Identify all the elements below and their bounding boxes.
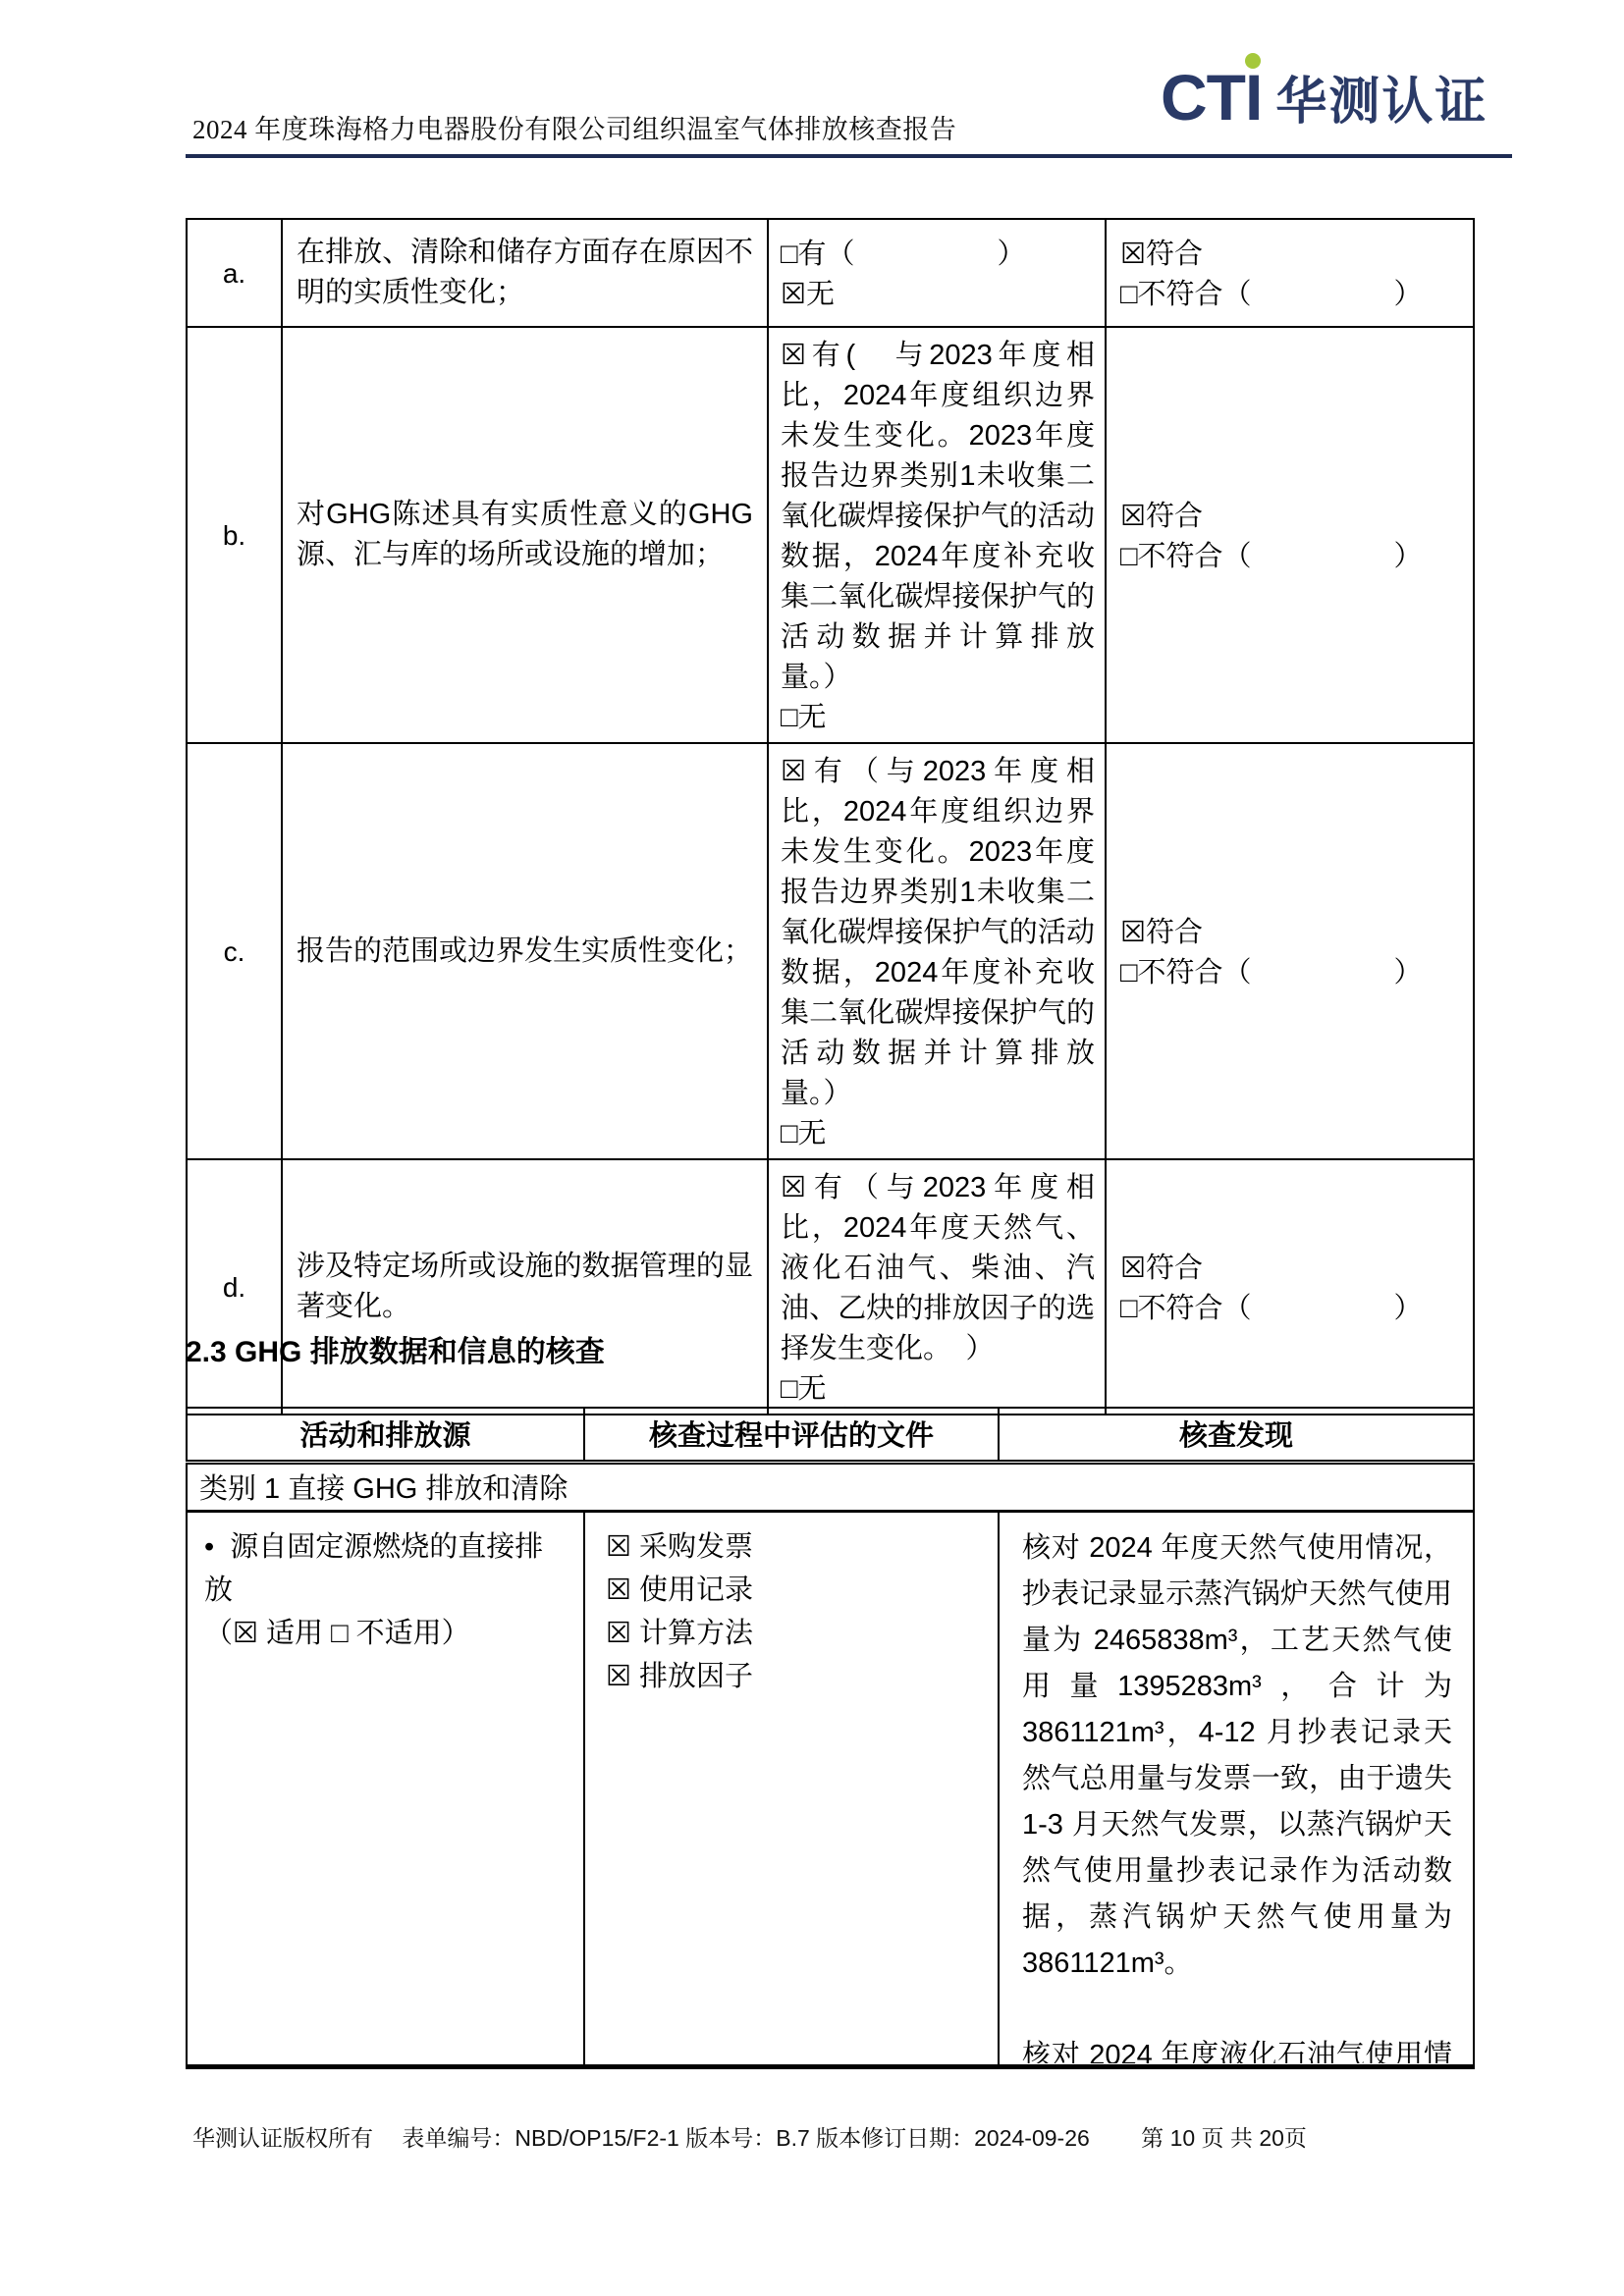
activity-cell: • 源自固定源燃烧的直接排放 （☒ 适用 □ 不适用） xyxy=(187,1511,584,2066)
page-title: 2024 年度珠海格力电器股份有限公司组织温室气体排放核查报告 xyxy=(192,108,956,146)
header-divider xyxy=(186,154,1512,158)
row-label: c. xyxy=(187,743,282,1159)
row-description: 对GHG陈述具有实质性意义的GHG源、汇与库的场所或设施的增加； xyxy=(282,327,768,743)
category-row: 类别 1 直接 GHG 排放和清除 xyxy=(187,1462,1474,1511)
row-label: d. xyxy=(187,1159,282,1415)
activity-text: • 源自固定源燃烧的直接排放 （☒ 适用 □ 不适用） xyxy=(189,1514,582,2063)
table-row: • 源自固定源燃烧的直接排放 （☒ 适用 □ 不适用） ☒ 采购发票 ☒ 使用记… xyxy=(187,1511,1474,2066)
table-header-row: 活动和排放源 核查过程中评估的文件 核查发现 xyxy=(187,1408,1474,1462)
row-label: a. xyxy=(187,219,282,327)
column-header-documents: 核查过程中评估的文件 xyxy=(584,1408,999,1462)
findings-cell: 核对 2024 年度天然气使用情况，抄表记录显示蒸汽锅炉天然气使用量为 2465… xyxy=(999,1511,1474,2066)
row-option-checkboxes: ☒有( 与2023年度相比，2024年度组织边界未发生变化。2023年度报告边界… xyxy=(768,327,1106,743)
table-row: b. 对GHG陈述具有实质性意义的GHG源、汇与库的场所或设施的增加； ☒有( … xyxy=(187,327,1474,743)
documents-cell: ☒ 采购发票 ☒ 使用记录 ☒ 计算方法 ☒ 排放因子 xyxy=(584,1511,999,2066)
cti-logo-text: CTI xyxy=(1161,61,1262,133)
column-header-activity: 活动和排放源 xyxy=(187,1408,584,1462)
cti-logo-letters: CTI xyxy=(1161,65,1262,130)
table-row: d. 涉及特定场所或设施的数据管理的显著变化。 ☒有（与2023年度相比，202… xyxy=(187,1159,1474,1415)
row-label: b. xyxy=(187,327,282,743)
row-conformity-checkboxes: ☒符合 □不符合（ ） xyxy=(1106,327,1474,743)
cti-logo: CTI 华测认证 xyxy=(1161,65,1488,130)
column-header-findings: 核查发现 xyxy=(999,1408,1474,1462)
table-row: a. 在排放、清除和储存方面存在原因不明的实质性变化； □有（ ） ☒无 ☒符合… xyxy=(187,219,1474,327)
findings-text: 核对 2024 年度天然气使用情况，抄表记录显示蒸汽锅炉天然气使用量为 2465… xyxy=(1001,1514,1472,2063)
ghg-verification-table: 活动和排放源 核查过程中评估的文件 核查发现 类别 1 直接 GHG 排放和清除… xyxy=(186,1407,1475,2069)
row-description: 报告的范围或边界发生实质性变化； xyxy=(282,743,768,1159)
material-changes-table: a. 在排放、清除和储存方面存在原因不明的实质性变化； □有（ ） ☒无 ☒符合… xyxy=(186,218,1475,1415)
row-option-checkboxes: □有（ ） ☒无 xyxy=(768,219,1106,327)
row-conformity-checkboxes: ☒符合 □不符合（ ） xyxy=(1106,1159,1474,1415)
documents-checkbox-list: ☒ 采购发票 ☒ 使用记录 ☒ 计算方法 ☒ 排放因子 xyxy=(586,1514,997,2063)
page-footer: 华测认证版权所有 表单编号：NBD/OP15/F2-1 版本号：B.7 版本修订… xyxy=(192,2120,1307,2153)
row-conformity-checkboxes: ☒符合 □不符合（ ） xyxy=(1106,743,1474,1159)
row-description: 涉及特定场所或设施的数据管理的显著变化。 xyxy=(282,1159,768,1415)
row-description: 在排放、清除和储存方面存在原因不明的实质性变化； xyxy=(282,219,768,327)
table-row: c. 报告的范围或边界发生实质性变化； ☒有（与2023年度相比，2024年度组… xyxy=(187,743,1474,1159)
cti-logo-chinese: 华测认证 xyxy=(1275,76,1488,130)
category-label: 类别 1 直接 GHG 排放和清除 xyxy=(187,1462,1474,1511)
row-option-checkboxes: ☒有（与2023年度相比，2024年度组织边界未发生变化。2023年度报告边界类… xyxy=(768,743,1106,1159)
section-heading: 2.3 GHG 排放数据和信息的核查 xyxy=(186,1327,605,1370)
row-option-checkboxes: ☒有（与2023年度相比，2024年度天然气、液化石油气、柴油、汽油、乙炔的排放… xyxy=(768,1159,1106,1415)
row-conformity-checkboxes: ☒符合 □不符合（ ） xyxy=(1106,219,1474,327)
